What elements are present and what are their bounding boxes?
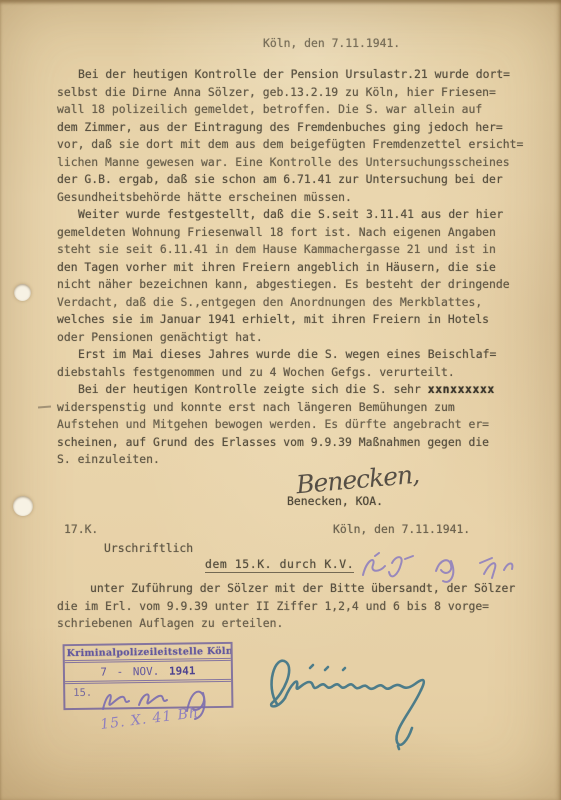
paragraph: Weiter wurde festgestellt, daß die S.sei… [57,206,535,346]
punch-hole-top [14,284,31,301]
routing-line: dem 15.K. durch K.V. [205,557,354,573]
body-line: scheinen, auf Grund des Erlasses vom 9.9… [57,434,535,452]
footer-dateline: Köln, den 7.11.1941. [333,522,470,536]
body-line: Verdacht, daß die S.,entgegen den Anordn… [57,294,535,312]
body-line-text: Bei der heutigen Kontrolle zeigte sich d… [78,382,428,396]
body-line: lichen Manne gewesen war. Eine Kontrolle… [57,154,535,172]
body-line: diebstahls festgenommen und zu 4 Wochen … [57,364,535,382]
body-line: Bei der heutigen Kontrolle zeigte sich d… [57,381,535,399]
body-line: die im Erl. vom 9.9.39 unter II Ziffer 1… [57,598,535,616]
body-line: der G.B. ergab, daß sie schon am 6.71.41… [57,171,535,189]
body-line: Gesundheitsbehörde hätte erscheinen müss… [57,189,535,207]
body-line: wall 18 polizeilich gemeldet, betroffen.… [57,101,535,119]
body-line: Aufstehen und Mitgehen bewogen werden. E… [57,416,535,434]
body-line: widerspenstig und konnte erst nach länge… [57,399,535,417]
approval-signature [255,642,465,762]
footer-ref: 17.K. [64,522,98,536]
punch-hole-bottom [13,496,33,516]
paragraph: Erst im Mai dieses Jahres wurde die S. w… [57,346,535,381]
body-line: selbst die Dirne Anna Sölzer, geb.13.2.1… [57,84,535,102]
benecken-typed-name: Benecken, KOA. [287,494,383,508]
stamp-date-day: 7 - NOV. [100,665,159,679]
body-line: S. einzuleiten. [57,451,535,469]
body-line: unter Zuführung der Sölzer mit der Bitte… [57,580,535,598]
paragraph: Bei der heutigen Kontrolle zeigte sich d… [57,381,535,469]
body-line: Weiter wurde festgestellt, daß die S.sei… [57,206,535,224]
dateline-top: Köln, den 7.11.1941. [263,36,400,50]
body-line: Bei der heutigen Kontrolle der Pension U… [57,66,535,84]
body-line: welches sie im Januar 1941 erhielt, mit … [57,311,535,329]
body-line: oder Pensionen genächtigt hat. [57,329,535,347]
body-line: vor, daß sie dort mit dem aus dem beigef… [57,136,535,154]
stamp-date: 7 - NOV. 1941 [65,661,231,684]
body-line: dem Zimmer, aus der Eintragung des Fremd… [57,119,535,137]
body-line: nicht näher bezeichnen kann, abgestiegen… [57,276,535,294]
stamp-dept: 15. [73,687,92,699]
body-line: schriebenen Auflagen zu erteilen. [57,615,535,633]
paragraph: unter Zuführung der Sölzer mit der Bitte… [57,580,535,633]
body-text: Bei der heutigen Kontrolle der Pension U… [57,66,535,469]
body-line: den Tagen vorher mit ihren Freiern angeb… [57,259,535,277]
body-line: gemeldeten Wohnung Friesenwall 18 fort i… [57,224,535,242]
struck-word: xxnxxxxxx [428,382,495,396]
body-line: steht sie seit 6.11.41 in dem Hause Kamm… [57,241,535,259]
stamp-date-year: 1941 [169,664,196,677]
paragraph: Bei der heutigen Kontrolle der Pension U… [57,66,535,206]
body-line: Erst im Mai dieses Jahres wurde die S. w… [57,346,535,364]
closing-text: unter Zuführung der Sölzer mit der Bitte… [57,580,535,633]
urschriftlich-label: Urschriftlich [104,541,193,555]
